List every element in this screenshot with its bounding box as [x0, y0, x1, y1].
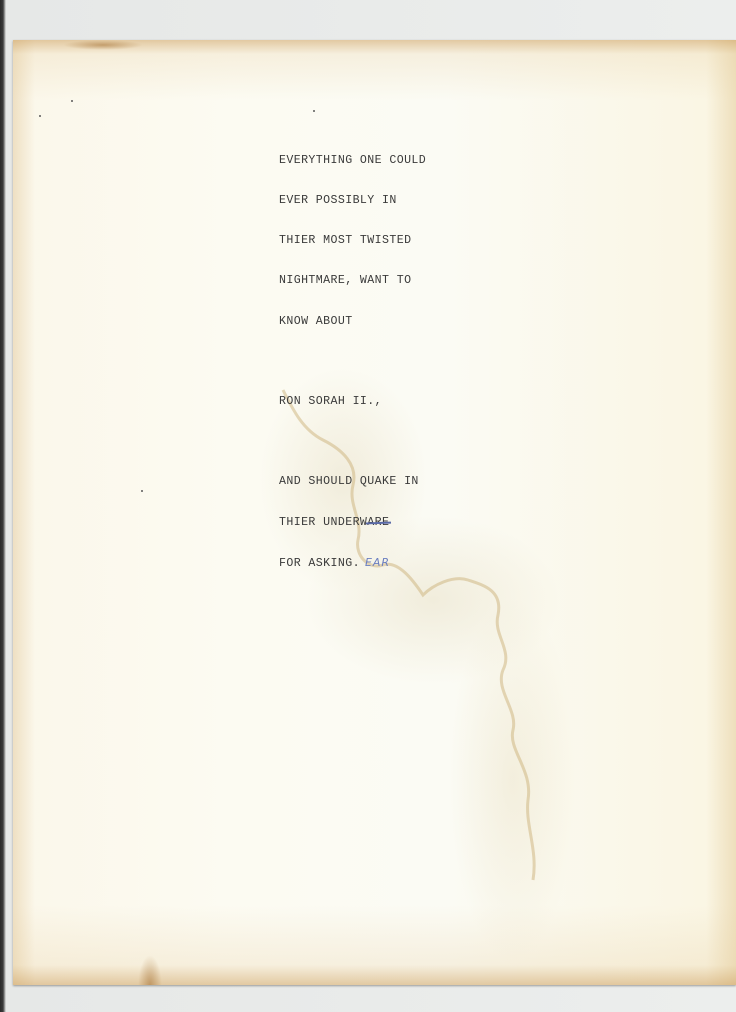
- paper-speck: [141, 490, 143, 492]
- text-line: EVERYTHING ONE COULD: [279, 154, 426, 167]
- asking-text: FOR ASKING.: [279, 557, 360, 570]
- text-line-underwear: THIER UNDERWARE: [279, 516, 426, 529]
- text-line: THIER MOST TWISTED: [279, 234, 426, 247]
- paper-speck: [39, 115, 41, 117]
- text-line: KNOW ABOUT: [279, 315, 426, 328]
- author-name: RON SORAH II.,: [279, 395, 426, 408]
- text-line: NIGHTMARE, WANT TO: [279, 274, 426, 287]
- paper-page: EVERYTHING ONE COULD EVER POSSIBLY IN TH…: [13, 40, 736, 985]
- handwritten-correction: EAR: [365, 556, 390, 569]
- paper-speck: [313, 110, 315, 112]
- typed-text-block: EVERYTHING ONE COULD EVER POSSIBLY IN TH…: [279, 127, 426, 596]
- underwear-prefix: THIER UNDERW: [279, 516, 367, 529]
- text-line-asking: FOR ASKING.EAR: [279, 556, 426, 569]
- burn-mark-top: [63, 40, 143, 50]
- paper-speck: [71, 100, 73, 102]
- burn-mark-bottom: [138, 955, 162, 985]
- blank-line: [279, 355, 426, 368]
- text-line: AND SHOULD QUAKE IN: [279, 475, 426, 488]
- struck-out-text: ARE: [367, 516, 389, 529]
- blank-line: [279, 435, 426, 448]
- text-line: EVER POSSIBLY IN: [279, 194, 426, 207]
